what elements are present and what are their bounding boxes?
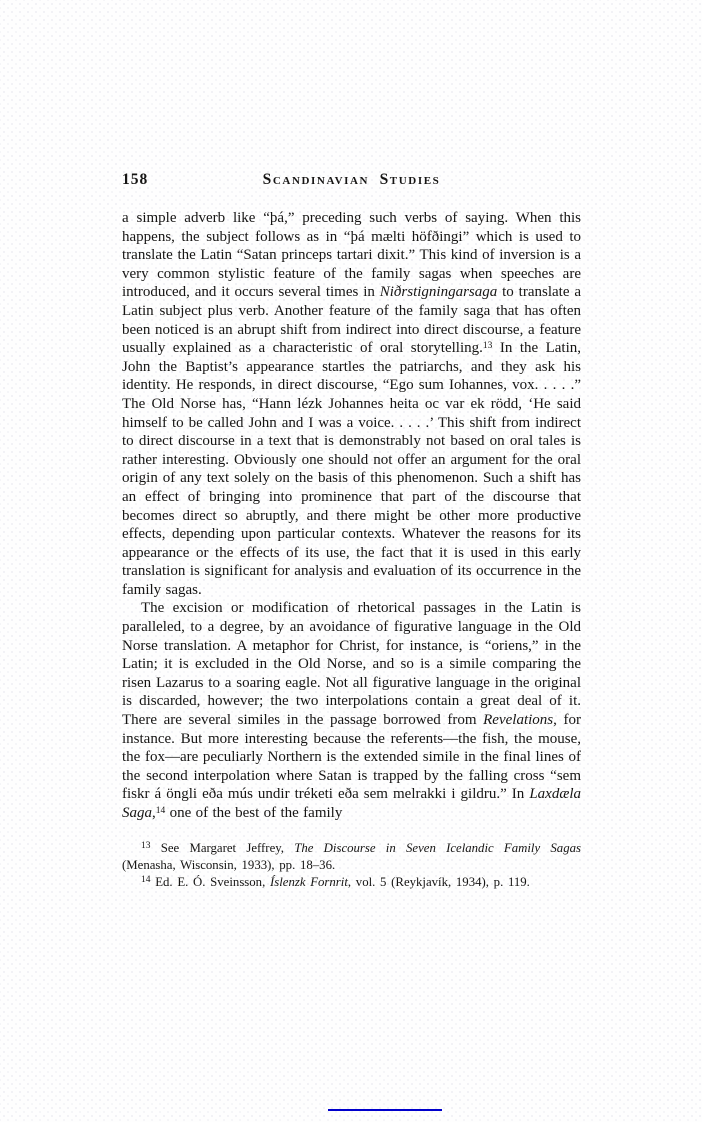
journal-title: Scandinavian Studies <box>192 170 511 190</box>
paragraph: The excision or modification of rhetoric… <box>122 599 581 822</box>
paragraph: a simple adverb like “þá,” preceding suc… <box>122 209 581 599</box>
footer-link-underline[interactable] <box>328 1109 442 1111</box>
body-text: a simple adverb like “þá,” preceding suc… <box>122 209 581 823</box>
page-header: 158 Scandinavian Studies <box>122 170 581 190</box>
footnote: 13 See Margaret Jeffrey, The Discourse i… <box>122 840 581 875</box>
page-number: 158 <box>122 170 192 190</box>
page: 158 Scandinavian Studies a simple adverb… <box>0 0 702 1122</box>
footnotes: 13 See Margaret Jeffrey, The Discourse i… <box>122 840 581 892</box>
text-block: 158 Scandinavian Studies a simple adverb… <box>122 170 581 892</box>
footnote: 14 Ed. E. Ó. Sveinsson, Íslenzk Fornrit,… <box>122 874 581 891</box>
